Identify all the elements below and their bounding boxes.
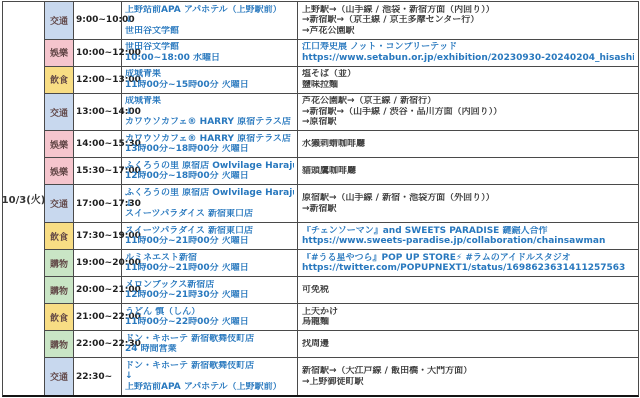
location-line: 12時00分~18時00分 火曜日 (125, 171, 294, 182)
location-line: 11時00分~22時00分 火曜日 (125, 317, 294, 328)
time-cell: 19:00~20:00 (74, 250, 122, 276)
notes-cell: 新宿駅→（大江戸線 / 飯田橋・大門方面）→上野御徒町駅 (298, 358, 638, 395)
category-badge: 飲食 (45, 304, 74, 330)
location-line: ルミネエスト新宿 (125, 253, 294, 264)
time-cell: 13:00~14:00 (74, 94, 122, 131)
location-line: 成城青果 (125, 69, 294, 80)
location-line: 10:00~18:00 水曜日 (125, 53, 294, 64)
note-line: 江口寿史展 ノット・コンプリーテッド (302, 42, 634, 53)
schedule-row: 交通 22:30~ ドン・キホーテ 新宿歌舞伎町店↓上野站前APA アパホテル（… (45, 357, 638, 395)
location-line: ふくろうの里 原宿店 Owlvilage Harajuku (125, 188, 294, 199)
location-line: 上野站前APA アパホテル（上野駅前） (125, 382, 294, 393)
schedule-row: 購物 22:00~22:30 ドン・キホーテ 新宿歌舞伎町店24 時間営業 找周… (45, 330, 638, 357)
note-line: 塩そば（並） (302, 69, 634, 80)
location-line: 世田谷文学館 (125, 26, 294, 37)
location-cell: ルミネエスト新宿11時00分~21時00分 火曜日 (122, 250, 298, 276)
time-cell: 12:00~13:00 (74, 67, 122, 93)
location-cell: 世田谷文学館10:00~18:00 水曜日 (122, 40, 298, 66)
location-line: 12時00分~21時30分 火曜日 (125, 290, 294, 301)
notes-cell: 原宿駅→（山手線 / 新宿・池袋方面（外回り））→新宿駅 (298, 185, 638, 222)
category-badge: 購物 (45, 331, 74, 357)
schedule-row: 購物 20:00~21:00 メロンブックス新宿店12時00分~21時30分 火… (45, 276, 638, 303)
schedule-row: 購物 19:00~20:00 ルミネエスト新宿11時00分~21時00分 火曜日… (45, 249, 638, 276)
category-badge: 購物 (45, 277, 74, 303)
down-arrow-icon: ↓ (125, 199, 294, 210)
schedule-row: 飲食 12:00~13:00 成城青果11時00分~15時00分 火曜日 塩そば… (45, 66, 638, 93)
notes-cell: 找周邊 (298, 331, 638, 357)
category-badge: 交通 (45, 2, 74, 39)
down-arrow-icon: ↓ (125, 15, 294, 26)
time-cell: 20:00~21:00 (74, 277, 122, 303)
note-line: →新宿駅 (302, 204, 634, 215)
note-line: →芦花公園駅 (302, 26, 634, 37)
time-cell: 14:00~15:30 (74, 131, 122, 157)
category-badge: 娛樂 (45, 131, 74, 157)
location-line: 11時00分~21時00分 火曜日 (125, 236, 294, 247)
note-url-link[interactable]: https://www.sweets-paradise.jp/collabora… (302, 236, 634, 247)
location-cell: メロンブックス新宿店12時00分~21時30分 火曜日 (122, 277, 298, 303)
note-line: 『チェンソーマン』and SWEETS PARADISE 鏈鋸人合作 (302, 226, 634, 237)
location-line: カワウソカフェ® HARRY 原宿テラス店 (125, 134, 294, 145)
note-line: 可免税 (302, 285, 634, 296)
location-line: ドン・キホーテ 新宿歌舞伎町店 (125, 361, 294, 372)
schedule-table: 10/3(火) 交通 9:00~10:00 上野站前APA アパホテル（上野駅前… (2, 1, 639, 397)
schedule-row: 娛樂 10:00~12:00 世田谷文学館10:00~18:00 水曜日 江口寿… (45, 39, 638, 66)
note-line: →上野御徒町駅 (302, 377, 634, 388)
location-cell: うどん 慎（しん）11時00分~22時00分 火曜日 (122, 304, 298, 330)
note-line: 烏龍麵 (302, 317, 634, 328)
location-cell: カワウソカフェ® HARRY 原宿テラス店13時00分~18時00分 火曜日 (122, 131, 298, 157)
note-line: →新宿駅→（京王線 / 京王多摩センター行） (302, 15, 634, 26)
time-cell: 22:00~22:30 (74, 331, 122, 357)
note-line: 上野駅→（山手線 / 池袋・新宿方面（内回り）） (302, 5, 634, 16)
location-line: 11時00分~21時00分 火曜日 (125, 263, 294, 274)
note-line: 原宿駅→（山手線 / 新宿・池袋方面（外回り）） (302, 193, 634, 204)
schedule-row: 飲食 21:00~22:00 うどん 慎（しん）11時00分~22時00分 火曜… (45, 303, 638, 330)
location-cell: スイーツパラダイス 新宿東口店11時00分~21時00分 火曜日 (122, 223, 298, 249)
notes-cell: 上天かけ烏龍麵 (298, 304, 638, 330)
location-cell: ドン・キホーテ 新宿歌舞伎町店24 時間営業 (122, 331, 298, 357)
location-line: 上野站前APA アパホテル（上野駅前） (125, 5, 294, 16)
note-line: 『#うる星やつら』POP UP STORE⚡ #ラムのアイドルスタジオ (302, 253, 634, 264)
location-cell: 成城青果11時00分~15時00分 火曜日 (122, 67, 298, 93)
note-url-link[interactable]: https://www.setabun.or.jp/exhibition/202… (302, 53, 634, 64)
location-line: 11時00分~15時00分 火曜日 (125, 80, 294, 91)
category-badge: 交通 (45, 185, 74, 222)
time-cell: 17:30~19:00 (74, 223, 122, 249)
location-cell: ふくろうの里 原宿店 Owlvilage Harajuku↓スイーツパラダイス … (122, 185, 298, 222)
note-line: 芦花公園駅→（京王線 / 新宿行） (302, 96, 634, 107)
location-cell: 上野站前APA アパホテル（上野駅前）↓世田谷文学館 (122, 2, 298, 39)
location-cell: ドン・キホーテ 新宿歌舞伎町店↓上野站前APA アパホテル（上野駅前） (122, 358, 298, 395)
note-line: →原宿駅 (302, 117, 634, 128)
location-line: ふくろうの里 原宿店 Owlvilage Harajuku (125, 161, 294, 172)
time-cell: 9:00~10:00 (74, 2, 122, 39)
note-line: 水獺刺蝟咖啡廳 (302, 139, 634, 150)
date-cell: 10/3(火) (3, 2, 45, 395)
notes-cell: 芦花公園駅→（京王線 / 新宿行）→新宿駅→（山手線 / 渋谷・品川方面（内回り… (298, 94, 638, 131)
note-line: 鹽味拉麵 (302, 80, 634, 91)
note-url-link[interactable]: https://twitter.com/POPUPNEXT1/status/16… (302, 263, 634, 274)
category-badge: 交通 (45, 94, 74, 131)
time-cell: 17:00~17:30 (74, 185, 122, 222)
notes-cell: 可免税 (298, 277, 638, 303)
schedule-row: 娛樂 15:30~17:00 ふくろうの里 原宿店 Owlvilage Hara… (45, 157, 638, 184)
schedule-row: 飲食 17:30~19:00 スイーツパラダイス 新宿東口店11時00分~21時… (45, 222, 638, 249)
category-badge: 交通 (45, 358, 74, 395)
location-cell: 成城青果↓カワウソカフェ® HARRY 原宿テラス店 (122, 94, 298, 131)
notes-cell: 『#うる星やつら』POP UP STORE⚡ #ラムのアイドルスタジオhttps… (298, 250, 638, 276)
category-badge: 購物 (45, 250, 74, 276)
time-cell: 22:30~ (74, 358, 122, 395)
time-cell: 15:30~17:00 (74, 158, 122, 184)
notes-cell: 『チェンソーマン』and SWEETS PARADISE 鏈鋸人合作https:… (298, 223, 638, 249)
note-line: 貓頭鷹咖啡廳 (302, 166, 634, 177)
schedule-row: 交通 17:00~17:30 ふくろうの里 原宿店 Owlvilage Hara… (45, 184, 638, 222)
time-cell: 21:00~22:00 (74, 304, 122, 330)
location-line: 世田谷文学館 (125, 42, 294, 53)
down-arrow-icon: ↓ (125, 371, 294, 382)
location-cell: ふくろうの里 原宿店 Owlvilage Harajuku12時00分~18時0… (122, 158, 298, 184)
location-line: スイーツパラダイス 新宿東口店 (125, 226, 294, 237)
location-line: メロンブックス新宿店 (125, 280, 294, 291)
location-line: うどん 慎（しん） (125, 307, 294, 318)
location-line: スイーツパラダイス 新宿東口店 (125, 209, 294, 220)
schedule-rows: 交通 9:00~10:00 上野站前APA アパホテル（上野駅前）↓世田谷文学館… (45, 2, 638, 395)
category-badge: 娛樂 (45, 158, 74, 184)
note-line: 上天かけ (302, 307, 634, 318)
notes-cell: 水獺刺蝟咖啡廳 (298, 131, 638, 157)
category-badge: 飲食 (45, 223, 74, 249)
note-line: →新宿駅→（山手線 / 渋谷・品川方面（内回り）） (302, 107, 634, 118)
location-line: 24 時間営業 (125, 344, 294, 355)
location-line: 13時00分~18時00分 火曜日 (125, 144, 294, 155)
time-cell: 10:00~12:00 (74, 40, 122, 66)
schedule-row: 娛樂 14:00~15:30 カワウソカフェ® HARRY 原宿テラス店13時0… (45, 130, 638, 157)
note-line: 找周邊 (302, 339, 634, 350)
location-line: カワウソカフェ® HARRY 原宿テラス店 (125, 117, 294, 128)
notes-cell: 貓頭鷹咖啡廳 (298, 158, 638, 184)
notes-cell: 塩そば（並）鹽味拉麵 (298, 67, 638, 93)
notes-cell: 江口寿史展 ノット・コンプリーテッドhttps://www.setabun.or… (298, 40, 638, 66)
notes-cell: 上野駅→（山手線 / 池袋・新宿方面（内回り））→新宿駅→（京王線 / 京王多摩… (298, 2, 638, 39)
down-arrow-icon: ↓ (125, 107, 294, 118)
location-line: ドン・キホーテ 新宿歌舞伎町店 (125, 334, 294, 345)
category-badge: 飲食 (45, 67, 74, 93)
category-badge: 娛樂 (45, 40, 74, 66)
location-line: 成城青果 (125, 96, 294, 107)
note-line: 新宿駅→（大江戸線 / 飯田橋・大門方面） (302, 366, 634, 377)
schedule-row: 交通 9:00~10:00 上野站前APA アパホテル（上野駅前）↓世田谷文学館… (45, 2, 638, 39)
schedule-row: 交通 13:00~14:00 成城青果↓カワウソカフェ® HARRY 原宿テラス… (45, 93, 638, 131)
